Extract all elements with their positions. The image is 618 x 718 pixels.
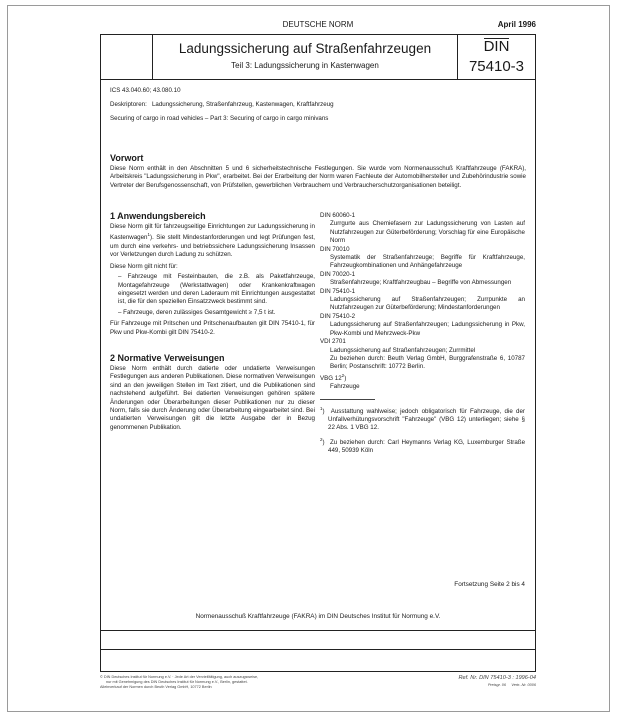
title-header: Ladungssicherung auf Straßenfahrzeugen T… <box>101 35 535 80</box>
continuation-note: Fortsetzung Seite 2 bis 4 <box>454 581 525 588</box>
foreword-section: Vorwort Diese Norm enthält in den Abschn… <box>110 153 526 190</box>
document-subtitle: Teil 3: Ladungssicherung in Kastenwagen <box>153 61 457 70</box>
section-1-paragraph-3: Für Fahrzeuge mit Pritschen und Pritsche… <box>110 320 315 337</box>
reference-description: Systematik der Straßenfahrzeuge; Begriff… <box>320 254 525 271</box>
ics-codes: ICS 43.040.60; 43.080.10 <box>110 87 181 94</box>
footnote: 1) Ausstattung wahlweise; jedoch obligat… <box>320 405 525 433</box>
foreword-heading: Vorwort <box>110 153 526 163</box>
reference-list: DIN 60060-1 Zurrgurte aus Chemiefasern z… <box>320 212 525 392</box>
reference-number: Ref. Nr. DIN 75410-3 : 1996-04 <box>458 675 536 681</box>
document-title: Ladungssicherung auf Straßenfahrzeugen <box>153 41 457 56</box>
exclusion-item: – Fahrzeuge, deren zulässiges Gesamtgewi… <box>110 309 315 317</box>
reference-id: DIN 70020-1 <box>320 271 525 279</box>
exclusion-item: – Fahrzeuge mit Festeinbauten, die z.B. … <box>110 273 315 307</box>
right-column: DIN 60060-1 Zurrgurte aus Chemiefasern z… <box>320 212 525 459</box>
reference-id: DIN 75410-2 <box>320 313 525 321</box>
descriptors-value: Ladungssicherung, Straßenfahrzeug, Kaste… <box>152 101 334 108</box>
committee-divider <box>101 630 535 631</box>
reference-source-note: Zu beziehen durch: Beuth Verlag GmbH, Bu… <box>320 355 525 372</box>
english-title: Securing of cargo in road vehicles – Par… <box>110 115 328 122</box>
reference-description: Zurrgurte aus Chemiefasern zur Ladungssi… <box>320 220 525 245</box>
reference-id: DIN 70010 <box>320 246 525 254</box>
publication-date: April 1996 <box>498 20 536 29</box>
standard-page-box: Ladungssicherung auf Straßenfahrzeugen T… <box>100 34 536 650</box>
document-type-label: DEUTSCHE NORM <box>100 20 536 29</box>
reference-id: DIN 60060-1 <box>320 212 525 220</box>
committee-line: Normenausschuß Kraftfahrzeuge (FAKRA) im… <box>101 613 535 620</box>
reference-description: Ladungssicherung auf Straßenfahrzeugen; … <box>320 296 525 313</box>
reference-description: Fahrzeuge <box>320 383 525 391</box>
footnote: 2) Zu beziehen durch: Carl Heymanns Verl… <box>320 436 525 456</box>
bottom-box <box>100 649 536 672</box>
reference-description: Straßenfahrzeuge; Kraftfahrzeugbau – Beg… <box>320 279 525 287</box>
descriptors-label: Deskriptoren: <box>110 101 147 108</box>
foreword-text: Diese Norm enthält in den Abschnitten 5 … <box>110 165 526 190</box>
header-blank-cell <box>101 35 153 79</box>
reference-description: Ladungssicherung auf Straßenfahrzeugen; … <box>320 321 525 338</box>
section-2-heading: 2 Normative Verweisungen <box>110 353 315 363</box>
section-1-paragraph-1: Diese Norm gilt für fahrzeugseitige Einr… <box>110 223 315 260</box>
copyright-notice: © DIN Deutsches Institut für Normung e.V… <box>100 675 340 691</box>
reference-id: DIN 75410-1 <box>320 288 525 296</box>
header-title-cell: Ladungssicherung auf Straßenfahrzeugen T… <box>153 35 458 79</box>
reference-id: VBG 122) <box>320 372 525 383</box>
din-logo: DIN <box>484 38 510 54</box>
reference-description: Ladungssicherung auf Straßenfahrzeugen; … <box>320 347 525 355</box>
standard-number: 75410-3 <box>458 58 535 75</box>
section-2-text: Diese Norm enthält durch datierte oder u… <box>110 365 315 432</box>
price-info: Preisgr. 06 Vertr.-Nr. 0006 <box>458 683 536 687</box>
reference-number-block: Ref. Nr. DIN 75410-3 : 1996-04 Preisgr. … <box>458 675 536 687</box>
section-1-heading: 1 Anwendungsbereich <box>110 211 315 221</box>
reference-id: VDI 2701 <box>320 338 525 346</box>
top-line: DEUTSCHE NORM April 1996 <box>100 20 536 32</box>
left-column: 1 Anwendungsbereich Diese Norm gilt für … <box>110 211 315 432</box>
descriptors: Deskriptoren: Ladungssicherung, Straßenf… <box>110 101 334 108</box>
header-number-cell: DIN 75410-3 <box>458 35 535 79</box>
section-1-paragraph-2: Diese Norm gilt nicht für: <box>110 263 315 271</box>
footnote-divider <box>320 399 375 400</box>
